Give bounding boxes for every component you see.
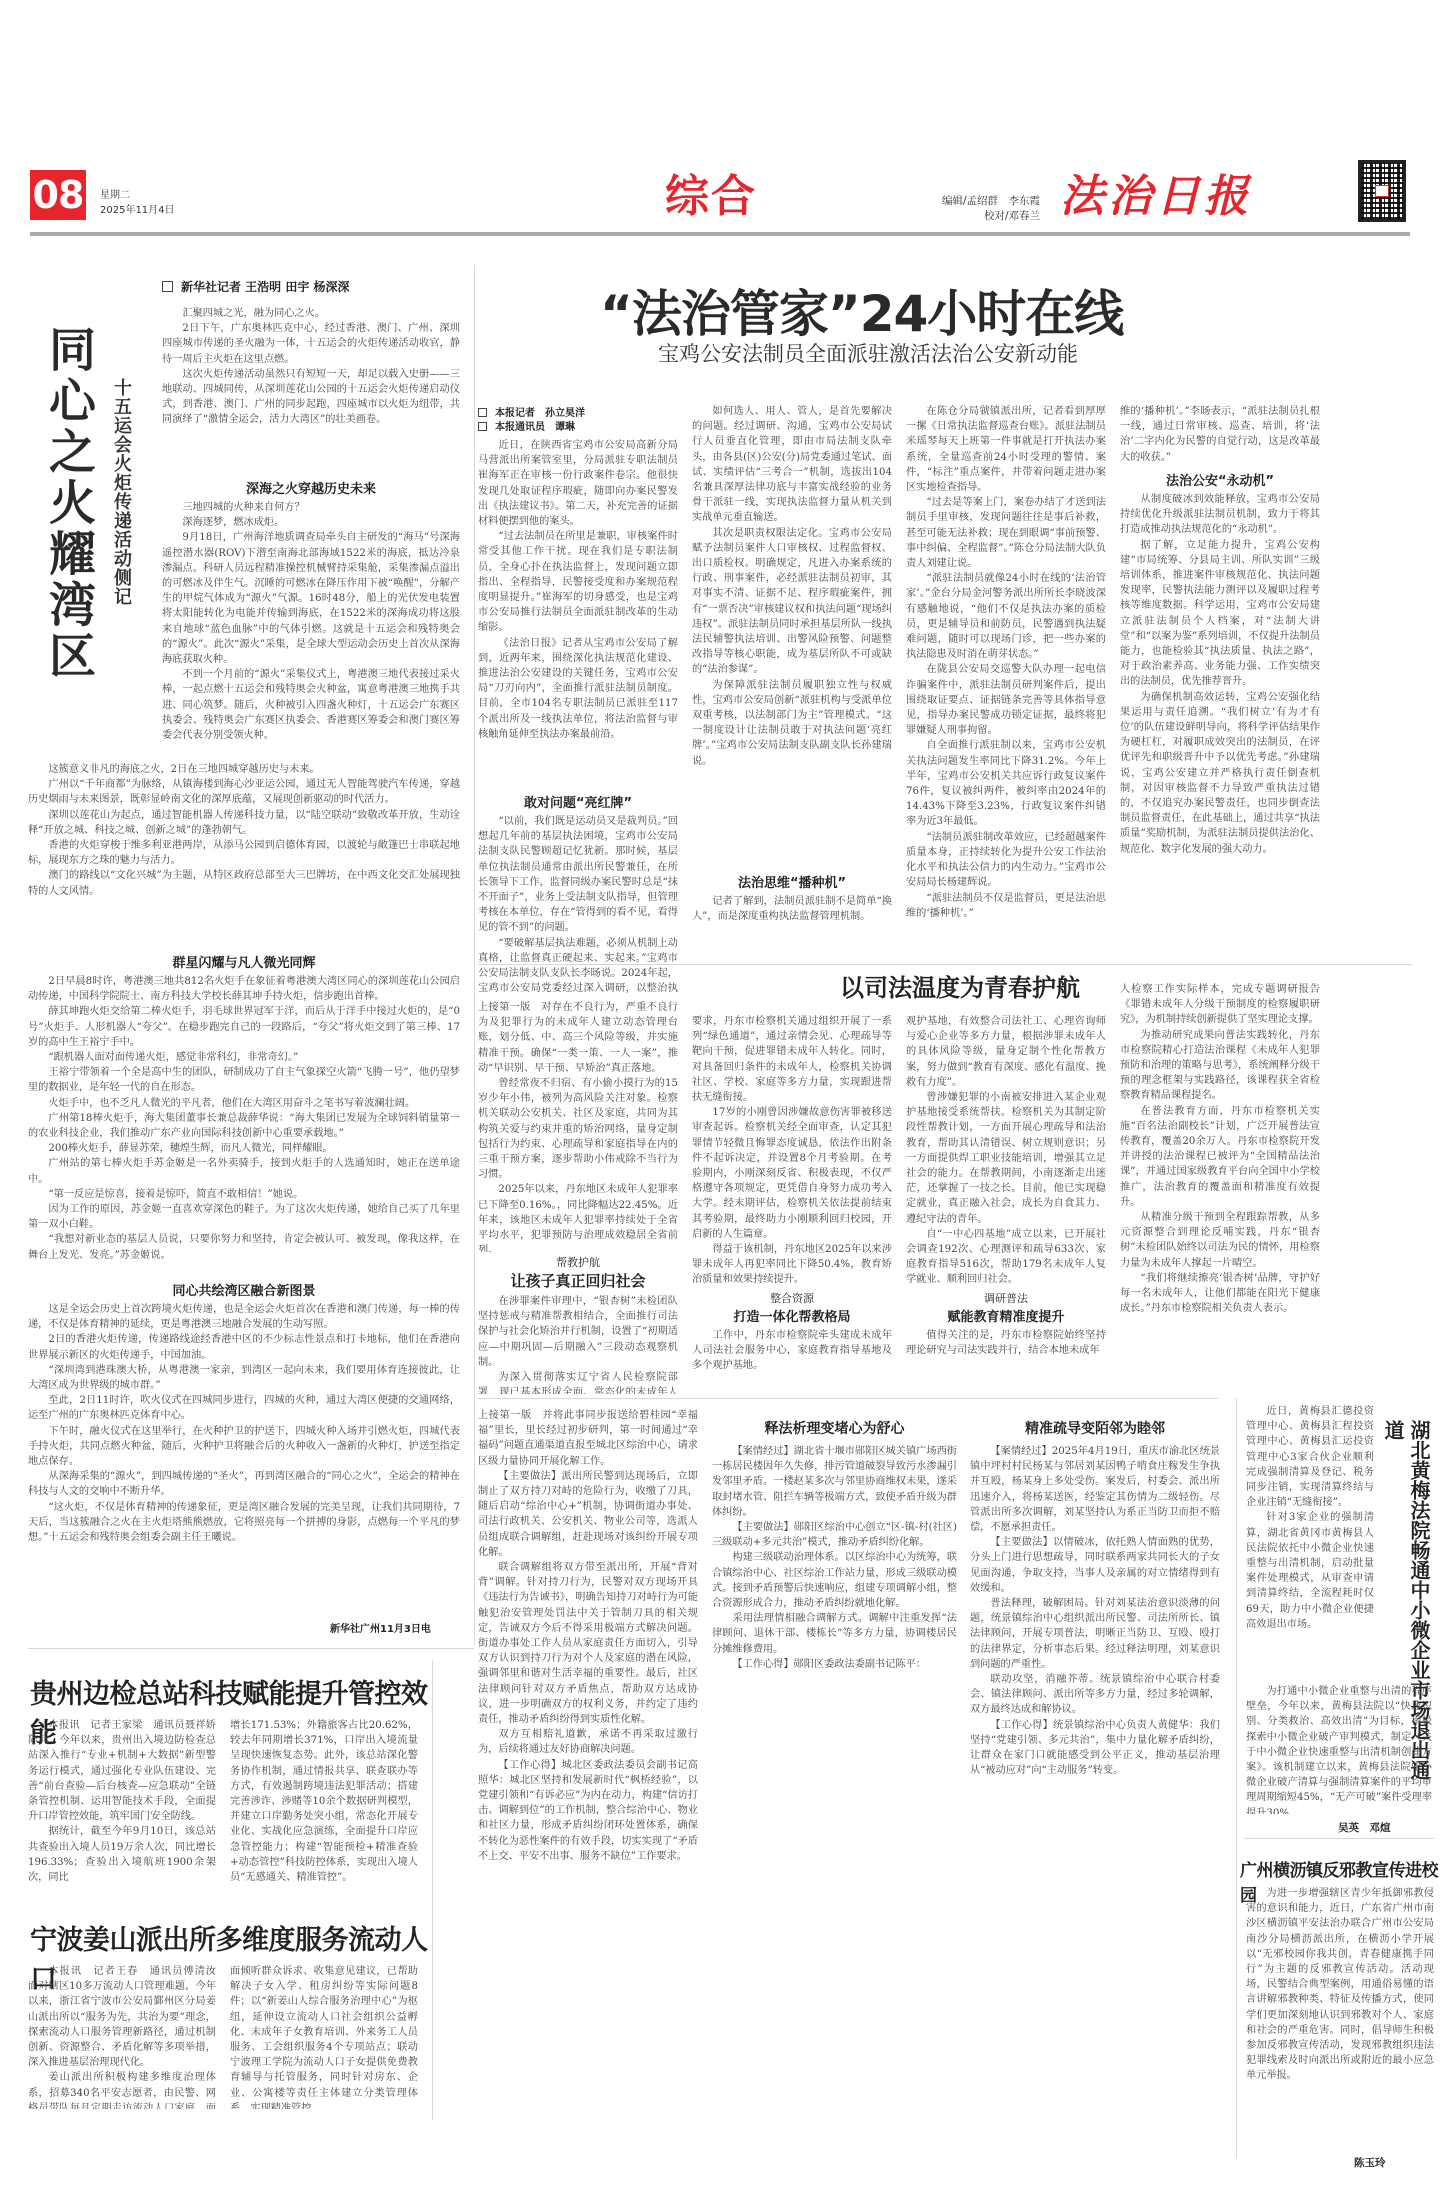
youth-subhead-3: 赋能教育精准度提升 — [906, 1306, 1106, 1325]
torch-heading-1: 深海之火穿越历史未来 — [162, 478, 460, 497]
lead-col-1: 近日，在陕西省宝鸡市公安局高新分局马营派出所案管室里，分局派驻专职法制员崔海军正… — [478, 438, 678, 784]
mediation-story3: 【案情经过】2025年4月19日，重庆市渝北区统景镇中坪村村民杨某与邻居刘某因鸭… — [970, 1444, 1220, 2134]
lead-col-3: 在陈仓分局虢镇派出所，记者看到厚厚一摞《日常执法监督巡查台账》。派驻法制员米瑶琴… — [906, 404, 1106, 954]
lead-title: “法治管家”24小时在线 — [600, 274, 1440, 346]
lead-col-2b: 记者了解到，法制员派驻制不是简单“换人”，而是深度重构执法监督管理机制。 — [692, 894, 892, 954]
youth-kicker-3: 调研普法 — [906, 1290, 1106, 1306]
lead-byline-reporter: 本报记者 孙立昊洋 — [478, 404, 585, 419]
weekday: 星期二 — [100, 186, 130, 201]
guizhou-col-1: 本报讯 记者王家梁 通讯员聂祥娇 陈兵 今年以来，贵州出入境边防检查总站深入推行… — [28, 1718, 216, 1938]
lead-subtitle: 宝鸡公安法制员全面派驻激活法治公安新动能 — [658, 338, 1078, 368]
youth-col-1b: 在涉罪案件审理中，“银杏树”未检团队坚持惩戒与精准帮教相结合，全面推行司法保护与… — [478, 1294, 678, 1394]
youth-col-3b: 值得关注的是，丹东市检察院始终坚持理论研究与司法实践并行，结合本地未成年 — [906, 1328, 1106, 1378]
youth-subhead-2: 打造一体化帮教格局 — [692, 1306, 892, 1325]
lead-heading-3: 法治公安“永动机” — [1120, 470, 1320, 489]
masthead-rule — [30, 232, 1410, 236]
byline-box-icon — [162, 281, 173, 292]
torch-title: 同心之火耀湾区 — [40, 325, 96, 682]
guizhou-col-2: 增长171.53%；外籍旅客占比20.62%，较去年同期增长371%，口岸出入境… — [230, 1718, 418, 1938]
torch-dateline: 新华社广州11月3日电 — [330, 1620, 431, 1635]
torch-section-3: 这是全运会历史上首次跨境火炬传递，也是全运会火炬首次在香港和澳门传递，每一棒的传… — [28, 1302, 460, 1610]
divider-left-bottom — [28, 1648, 474, 1649]
issue-date: 2025年11月4日 — [100, 201, 175, 216]
youth-col-2b: 工作中，丹东市检察院牵头建成未成年人司法社会服务中心，家庭教育指导基地及多个观护… — [692, 1328, 892, 1388]
lead-col-1b: “以前，我们既是运动员又是裁判员。”回想起几年前的基层执法困境，宝鸡市公安局法制… — [478, 814, 678, 994]
torch-intro: 汇聚四城之光，融为同心之火。 2日下午，广东奥林匹克中心，经过香港、澳门、广州、… — [162, 306, 460, 481]
huangmei-body-wide: 为打通中小微企业重整与出清的程序壁垒，今年以来，黄梅县法院以“快速识别、分类救治… — [1246, 1684, 1432, 1814]
lead-heading-2: 法治思维“播种机” — [692, 872, 892, 891]
torch-heading-2: 群星闪耀与凡人微光同辉 — [28, 952, 460, 971]
hengli-body: 为进一步增强辖区青少年抵御邪教侵害的意识和能力，近日，广东省广州市南沙区横沥镇平… — [1246, 1886, 1434, 2156]
qr-code-icon[interactable] — [1358, 160, 1406, 222]
ningbo-col-1: 本报讯 记者王春 通讯员傅清汝 面对辖区10多万流动人口管理难题，今年以来，浙江… — [28, 1964, 216, 2109]
mediation-story2-heading: 释法析理变堵心为舒心 — [712, 1418, 957, 1438]
section-title: 综合 — [665, 160, 757, 224]
byline-box-icon — [478, 422, 487, 431]
byline-box-icon — [478, 408, 487, 417]
lead-heading-1: 敢对问题“亮红牌” — [478, 792, 678, 811]
proofreader-credit: 校对/邓春兰 — [984, 208, 1040, 223]
hengli-authors: 陈玉玲 — [1354, 2155, 1386, 2170]
huangmei-authors: 吴英 邓煊 — [1338, 1820, 1391, 1835]
column-divider-right — [1236, 1398, 1237, 2158]
column-divider-vertical-lower — [432, 1660, 433, 2120]
divider-youth-bottom — [478, 1398, 1218, 1399]
youth-col-4: 人检察工作实际样本，完成专题调研报告《罪错未成年人分级干预制度的检察履职研究》，… — [1120, 982, 1320, 1392]
lead-col-4: 维的‘播种机’。”李旸表示，“派驻法制员扎根一线，通过日常审核、巡查、培训，将‘… — [1120, 404, 1320, 466]
mediation-story2: 【案情经过】湖北省十堰市郧阳区城关镇广场西街一栋居民楼因年久失修，排污管道破裂导… — [712, 1444, 957, 2134]
column-divider-vertical — [474, 265, 475, 1645]
newspaper-logo: 法治日报 — [1060, 160, 1252, 224]
torch-heading-3: 同心共绘湾区融合新图景 — [28, 1280, 460, 1299]
huangmei-body: 近日，黄梅县汇德投资管理中心、黄梅县汇程投资管理中心、黄梅县汇运投资管理中心3家… — [1246, 1404, 1374, 1684]
torch-section-1: 三地四城的火种来自何方？ 深海逐梦，燃冰成炬。 9月18日，广州海洋地质调查局牵… — [162, 500, 460, 762]
youth-kicker-1: 帮教护航 — [478, 1254, 678, 1270]
page-number-badge: 08 — [30, 170, 86, 220]
youth-kicker-2: 整合资源 — [692, 1290, 892, 1306]
youth-col-2: 要求，丹东市检察机关通过组织开展了一系列“绿色通道”，通过亲情会见、心理疏导等靶… — [692, 1014, 892, 1284]
divider-huangmei-bottom — [1244, 1838, 1434, 1839]
mediation-col-1: 上接第一版 并将此事同步报送给碧桂园“幸福福”里长，里长经过初步研判，第一时间通… — [478, 1408, 698, 2128]
torch-section-1-wide: 这簇意义非凡的海底之火，2日在三地四城穿越历史与未来。 广州以“千年商都”为脉络… — [28, 762, 460, 947]
ningbo-col-2: 面倾听群众诉求、收集意见建议，已帮助解决子女入学、租房纠纷等实际问题8件；以“新… — [230, 1964, 418, 2109]
divider-lead-bottom — [478, 964, 1412, 965]
youth-col-3: 观护基地，有效整合司法社工、心理咨询师与爱心企业等多方力量，根据涉罪未成年人的具… — [906, 1014, 1106, 1284]
torch-byline: 新华社记者 王浩明 田宇 杨深深 — [162, 278, 350, 295]
torch-subtitle: 十五运会火炬传递活动侧记 — [108, 378, 134, 606]
torch-section-2: 2日早晨8时许，粤港澳三地共812名火炬手在象征着粤港澳大湾区同心的深圳莲花山公… — [28, 974, 460, 1274]
lead-col-2: 如何选人、用人、管人，是首先要解决的问题。经过调研、沟通，宝鸡市公安局试行人员垂… — [692, 404, 892, 844]
lead-byline-correspondent: 本报通讯员 谭琳 — [478, 418, 575, 433]
editors-credit: 编辑/孟绍群 李东霞 — [942, 193, 1040, 208]
lead-col-4b: 从制度破冰到效能释放，宝鸡市公安局持续优化升级派驻法制员机制，致力于将其打造成推… — [1120, 492, 1320, 954]
youth-title: 以司法温度为青春护航 — [840, 968, 1080, 1003]
youth-subhead-1: 让孩子真正回归社会 — [478, 1270, 678, 1291]
mediation-story3-heading: 精准疏导变陌邻为睦邻 — [970, 1418, 1220, 1438]
youth-col-1: 上接第一版 对存在不良行为，严重不良行为及犯罪行为的未成年人建立动态管理台账，划… — [478, 1000, 678, 1252]
